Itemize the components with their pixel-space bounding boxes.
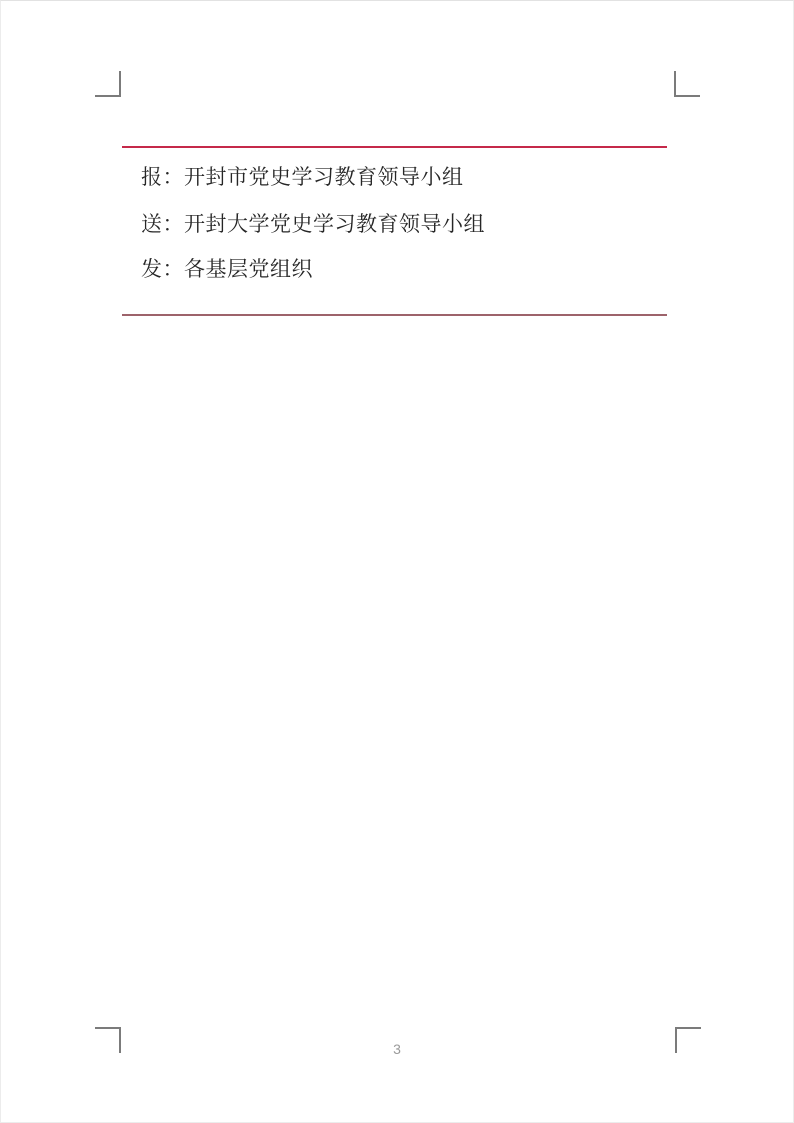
page-number: 3 <box>1 1041 793 1057</box>
distribution-top-rule <box>122 146 667 148</box>
distribution-line-send: 送：开封大学党史学习教育领导小组 <box>141 214 485 236</box>
crop-mark-top-left-icon <box>95 71 121 97</box>
document-page: 报：开封市党史学习教育领导小组 送：开封大学党史学习教育领导小组 发：各基层党组… <box>0 0 794 1123</box>
distribution-line-issue: 发：各基层党组织 <box>141 259 313 281</box>
distribution-line-report: 报：开封市党史学习教育领导小组 <box>141 167 464 189</box>
distribution-bottom-rule <box>122 314 667 316</box>
crop-mark-top-right-icon <box>674 71 700 97</box>
